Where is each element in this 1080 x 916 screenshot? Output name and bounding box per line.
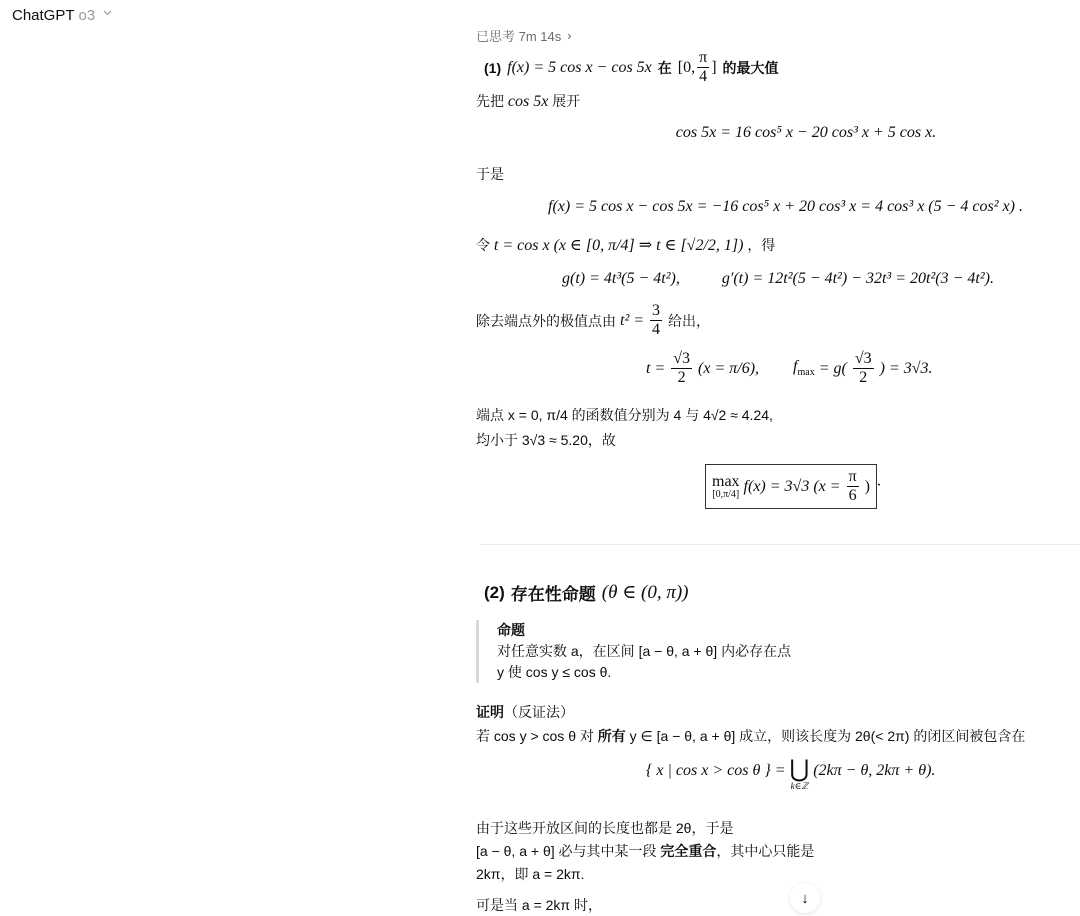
proposition-blockquote: 命题 对任意实数 a，在区间 [a − θ, a + θ] 内必存在点 y 使 … <box>476 620 791 683</box>
math: t = <box>646 360 665 378</box>
boxed-answer: max [0,π/4] f(x) = 3√3 (x = π 6 ) . <box>705 464 881 509</box>
fraction: π 6 <box>847 469 859 504</box>
max-subscript: [0,π/4] <box>712 490 739 500</box>
fraction-den: 2 <box>859 369 867 386</box>
section-divider <box>480 544 1080 545</box>
bold-text: 完全重合 <box>660 843 716 859</box>
paragraph: 可是当 a = 2kπ 时， <box>476 895 602 915</box>
math-inline: (θ ∈ (0, π)) <box>602 581 689 604</box>
math: (x = π/6), <box>698 360 759 378</box>
model-selector[interactable]: ChatGPT o3 <box>12 7 111 24</box>
bold-text: 所有 <box>598 728 626 744</box>
fraction: √3 2 <box>853 351 874 386</box>
proof-title: 证明 <box>476 704 504 720</box>
text: [a − θ, a + θ] 必与其中某一段 <box>476 843 657 859</box>
equation-g: g(t) = 4t³(5 − 4t²), g′(t) = 12t²(5 − 4t… <box>562 270 994 288</box>
paragraph: 端点 x = 0, π/4 的函数值分别为 4 与 4√2 ≈ 4.24, <box>476 405 773 425</box>
app-name: ChatGPT <box>12 7 75 24</box>
thought-label: 已思考 7m 14s <box>476 26 561 45</box>
math-inline: t² = <box>620 312 644 330</box>
period: . <box>877 473 881 490</box>
fraction-num: √3 <box>671 351 692 369</box>
paragraph: [a − θ, a + θ] 必与其中某一段 完全重合，其中心只能是 <box>476 841 814 861</box>
union-operator: ⋃ k∈ℤ <box>790 758 810 791</box>
quote-title: 命题 <box>497 620 791 641</box>
fraction: √3 2 <box>671 351 692 386</box>
quote-line: y 使 cos y ≤ cos θ. <box>497 662 791 683</box>
part2-heading: (2) 存在性命题 (θ ∈ (0, π)) <box>484 580 689 605</box>
answer-box: max [0,π/4] f(x) = 3√3 (x = π 6 ) <box>705 464 877 509</box>
proof-heading: 证明（反证法） <box>476 702 574 722</box>
fraction: 3 4 <box>650 303 662 338</box>
equation-g-left: g(t) = 4t³(5 − 4t²), <box>562 270 680 287</box>
subscript: max <box>798 368 815 379</box>
model-version: o3 <box>79 7 96 24</box>
part1-interval: [0, π 4 ] <box>678 50 717 85</box>
part2-number: (2) <box>484 583 505 603</box>
math: ) = 3√3. <box>880 360 933 378</box>
equation-g-derivative: g′(t) = 12t²(5 − 4t²) − 32t³ = 20t²(3 − … <box>722 270 994 287</box>
math-inline: cos 5x <box>508 93 548 110</box>
fraction-den: 4 <box>652 321 660 338</box>
paragraph: 均小于 3√3 ≈ 5.20，故 <box>476 430 616 450</box>
paragraph: 除去端点外的极值点由 t² = 3 4 给出， <box>476 303 710 338</box>
part1-suffix: 的最大值 <box>723 58 779 78</box>
scroll-to-bottom-button[interactable]: ↓ <box>790 883 820 913</box>
text: y ∈ [a − θ, a + θ] 成立，则该长度为 2θ(< 2π) 的闭区… <box>630 728 1026 744</box>
interval-left: [0, <box>678 59 695 77</box>
text: 除去端点外的极值点由 <box>476 311 616 331</box>
text: 令 <box>476 237 490 253</box>
math-inline: t = cos x (x ∈ [0, π/4] ⇒ t ∈ [√2/2, 1]) <box>494 237 744 254</box>
quote-line: 对任意实数 a，在区间 [a − θ, a + θ] 内必存在点 <box>497 641 791 662</box>
paragraph: 令 t = cos x (x ∈ [0, π/4] ⇒ t ∈ [√2/2, 1… <box>476 235 775 255</box>
fraction-den: 2 <box>678 369 686 386</box>
equation-critical-point: t = √3 2 (x = π/6), fmax = g( √3 2 ) = 3… <box>646 351 933 386</box>
fraction-den: 4 <box>699 68 707 85</box>
fraction-den: 6 <box>849 487 857 504</box>
fraction-num: π <box>697 50 709 68</box>
text: 若 cos y > cos θ 对 <box>476 728 594 744</box>
part1-number: (1) <box>484 60 501 76</box>
fraction-num: π <box>847 469 859 487</box>
thought-duration-toggle[interactable]: 已思考 7m 14s › <box>476 26 572 45</box>
part1-function: f(x) = 5 cos x − cos 5x <box>507 59 652 77</box>
arrow-down-icon: ↓ <box>801 890 809 907</box>
math: (2kπ − θ, 2kπ + θ). <box>813 762 935 780</box>
proof-method: （反证法） <box>504 704 574 720</box>
interval-right: ] <box>711 59 716 77</box>
paragraph: 若 cos y > cos θ 对 所有 y ∈ [a − θ, a + θ] … <box>476 726 1025 746</box>
text: ，其中心只能是 <box>716 843 814 859</box>
max-label: max <box>712 474 740 490</box>
equation-cos5x: cos 5x = 16 cos⁵ x − 20 cos³ x + 5 cos x… <box>504 124 1080 142</box>
fraction-num: √3 <box>853 351 874 369</box>
part1-mid-text: 在 <box>658 58 672 78</box>
union-subscript: k∈ℤ <box>791 782 808 791</box>
union-symbol: ⋃ <box>790 758 810 782</box>
equation-union: { x | cos x > cos θ } = ⋃ k∈ℤ (2kπ − θ, … <box>646 758 935 791</box>
text: 给出， <box>668 311 710 331</box>
math: = g( <box>819 360 847 378</box>
part1-heading: (1) f(x) = 5 cos x − cos 5x 在 [0, π 4 ] … <box>484 50 779 85</box>
part2-title: 存在性命题 <box>511 580 596 605</box>
fraction: π 4 <box>697 50 709 85</box>
f-max: fmax <box>793 358 815 378</box>
text: ，得 <box>747 237 775 253</box>
max-operator: max [0,π/4] <box>712 474 740 500</box>
math: f(x) = 3√3 (x = <box>744 478 841 496</box>
paragraph: 由于这些开放区间的长度也都是 2θ，于是 <box>476 818 733 838</box>
paragraph: 2kπ，即 a = 2kπ. <box>476 864 584 884</box>
chevron-down-icon <box>103 10 111 18</box>
math: ) <box>865 478 870 496</box>
text: 先把 <box>476 93 504 109</box>
paragraph: 先把 cos 5x 展开 <box>476 91 580 111</box>
fraction-num: 3 <box>650 303 662 321</box>
chevron-right-icon: › <box>567 28 571 43</box>
paragraph: 于是 <box>476 164 504 184</box>
equation-fx-expansion: f(x) = 5 cos x − cos 5x = −16 cos⁵ x + 2… <box>548 198 1023 216</box>
math: { x | cos x > cos θ } = <box>646 762 786 780</box>
text: 展开 <box>552 93 580 109</box>
